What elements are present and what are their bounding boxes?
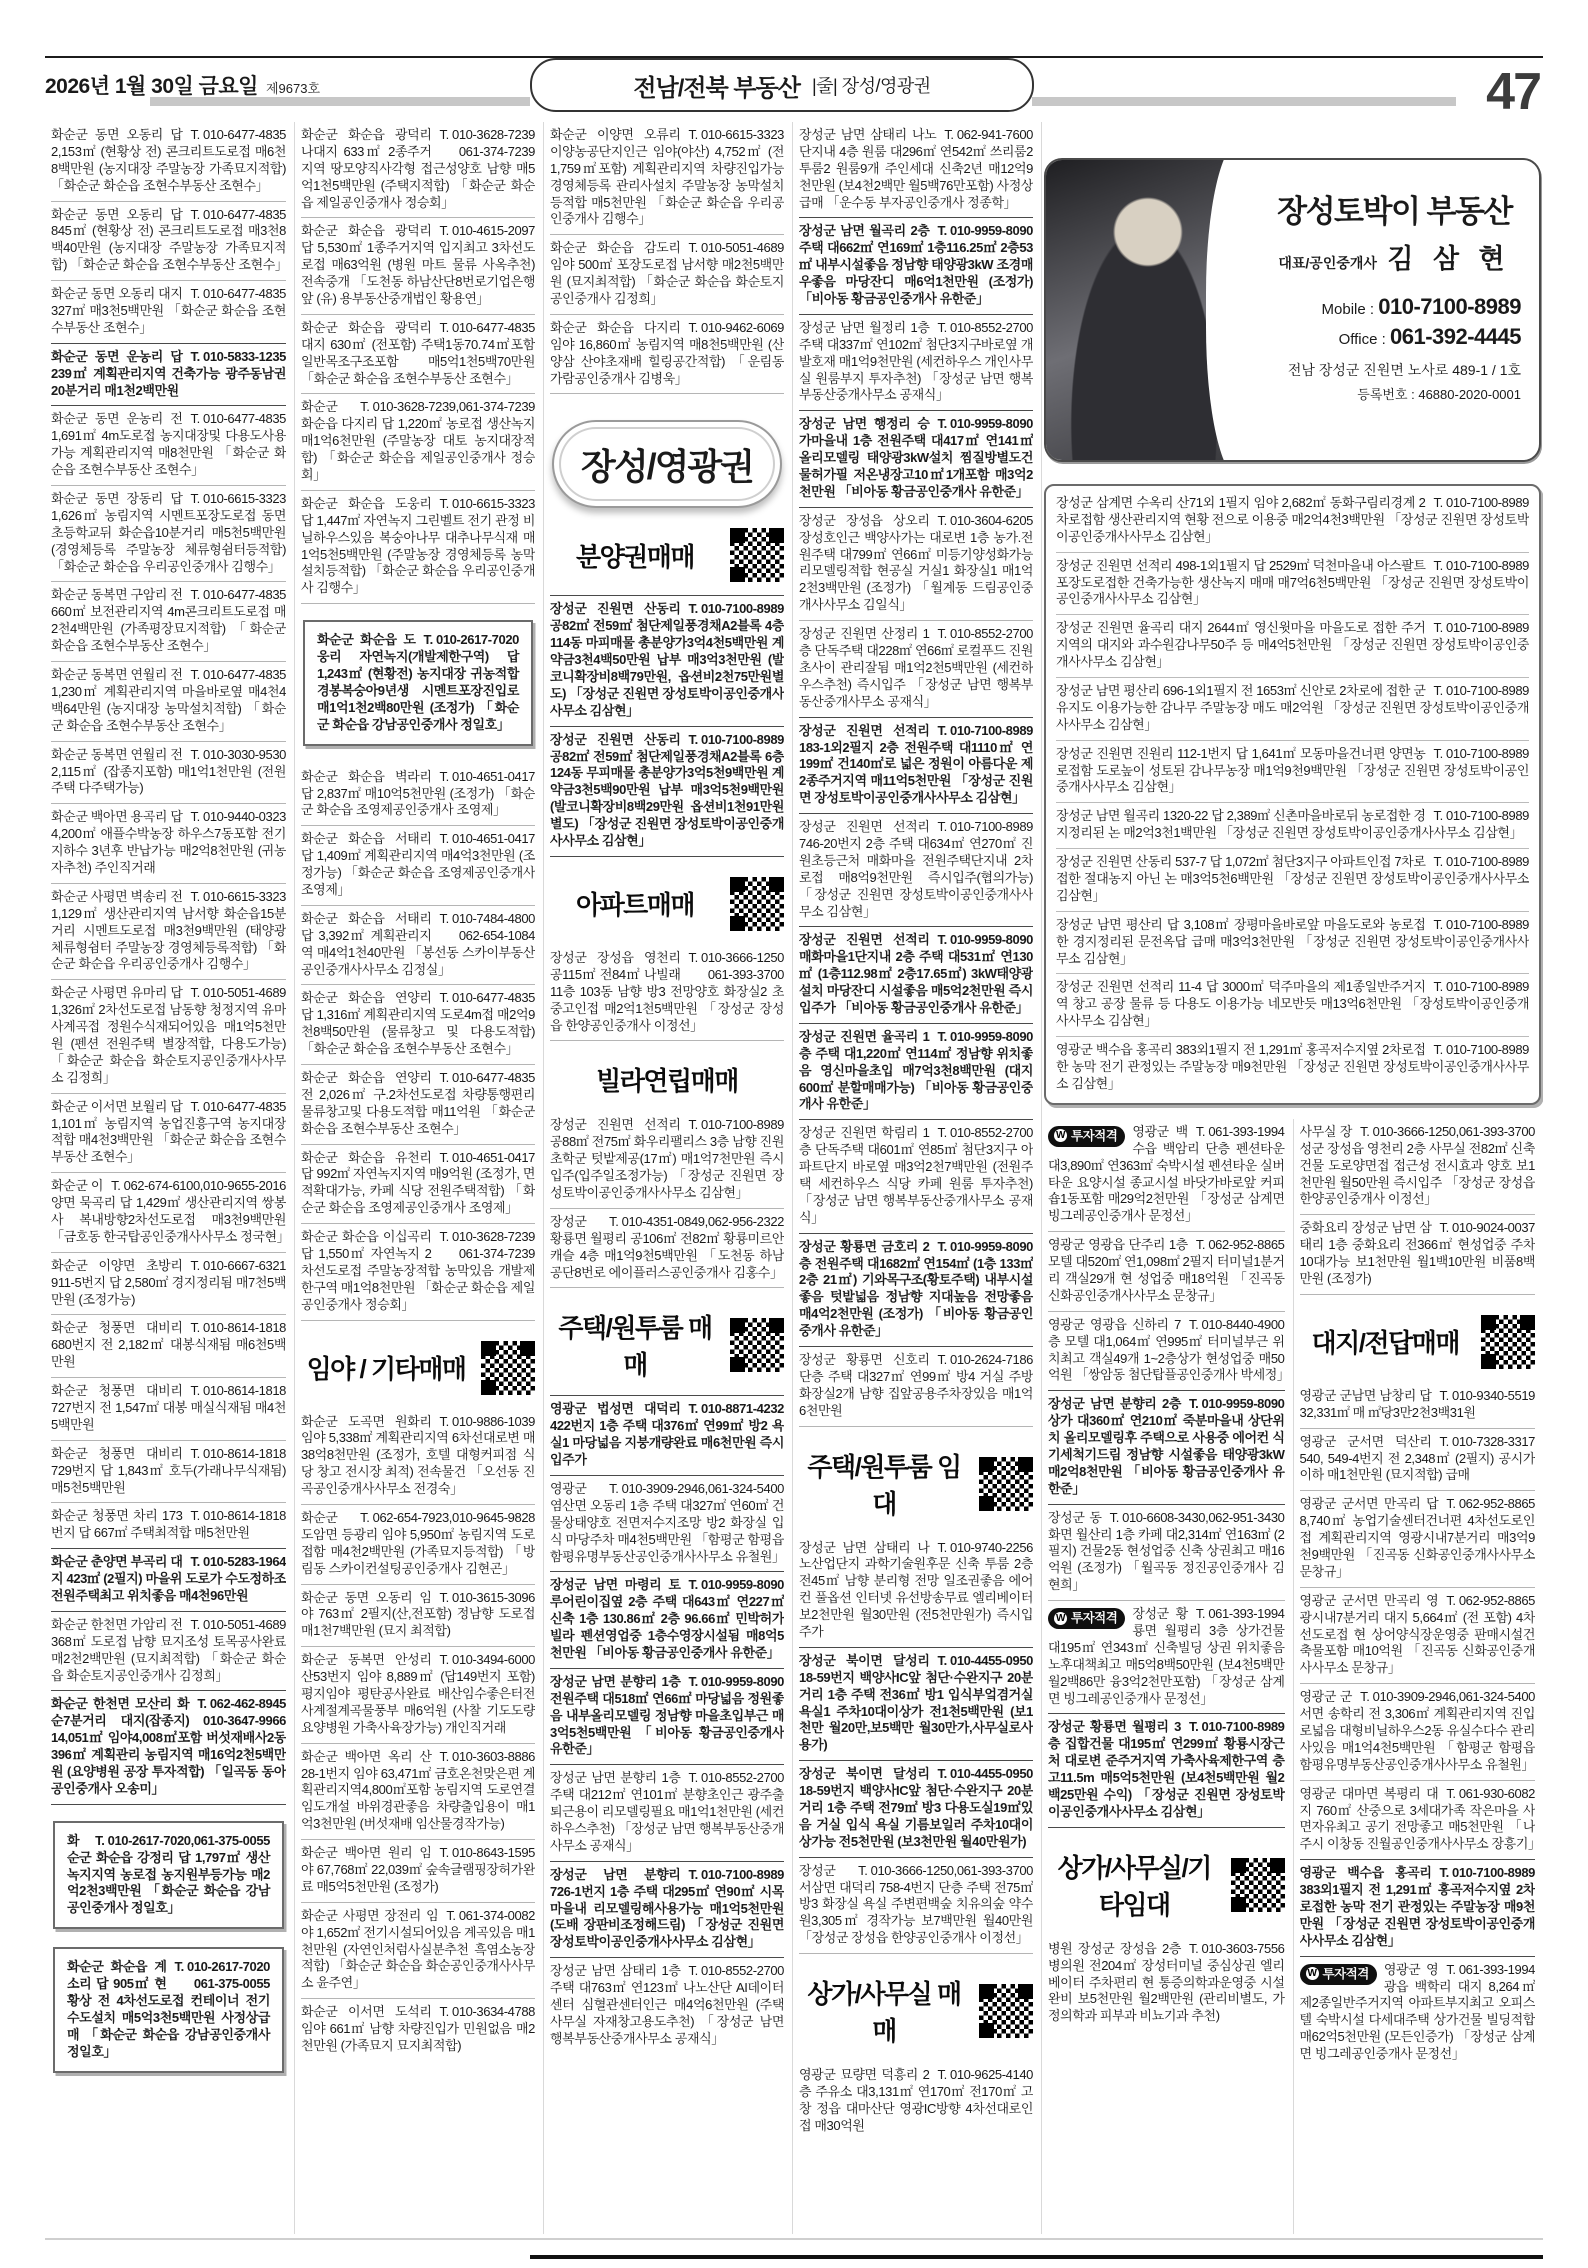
classified-ad: T. 010-9959-8090장성군 황룡면 금호리 2층 전원주택 대168… [799,1233,1033,1347]
classified-ad: T. 010-7100-8989장성군 진원면 선적리 공88㎡ 전75㎡ 화우… [550,1112,784,1208]
classified-ad: T. 010-3628-7239 061-374-7239화순군 화순읍 광덕리… [301,122,535,218]
classified-ad: T. 061-374-0082화순군 사평면 장전리 임야 1,652㎡ 전기시… [301,1903,535,1999]
classified-ad: T. 010-8614-1818화순군 청풍면 대비리 680번지 전 2,18… [51,1315,286,1378]
classified-ad: T. 010-3615-3096화순군 동면 오동리 임야 763㎡ 2필지(산… [301,1585,535,1648]
ad-phone: T. 010-6477-4835 [182,411,286,428]
ad-phone: T. 010-8614-1818 [182,1508,286,1525]
classified-ad: T. 010-9024-0037중화요리 장성군 남면 삼태리 1층 중화요리 … [1300,1215,1536,1295]
classified-ad: T. 010-6477-4835화순군 화순읍 연양리 답 1,316㎡ 계획관… [301,985,535,1065]
ad-phone: T. 010-8614-1818 [182,1320,286,1337]
ad-phone: T. 010-7100-8989 [1425,746,1529,763]
header-rule-left [150,97,530,106]
ad-phone: T. 010-5833-1235 [182,349,286,366]
classified-ad: T. 010-8871-4232영광군 법성면 대덕리 422번지 1층 주택 … [550,1395,784,1476]
classified-ad: T. 010-7100-8989장성군 진원면 선적리 11-4 답 3000㎡… [1056,974,1529,1037]
ad-phone: T. 010-4455-0950 [929,1653,1033,1670]
classified-ad: T. 010-4651-0417화순군 화순읍 유천리 답 992㎡ 자연녹지지… [301,1145,535,1225]
column-3: T. 010-6615-3323화순군 이양면 오류리 이양농공단지인근 임야(… [543,122,792,2234]
classified-ad: W투자적격T. 061-393-1994영광군 백수읍 백암리 단층 펜션타운 … [1048,1119,1285,1232]
classified-ad: T. 010-7484-4800 062-654-1084화순군 화순읍 서태리… [301,906,535,986]
ad-phone: T. 010-9959-8090 [929,1239,1033,1256]
ad-phone: T. 010-7484-4800 062-654-1084 [431,911,535,945]
classified-ad: T. 010-7100-8989장성군 진원면 산동리 537-7 답 1,07… [1056,849,1529,912]
ad-phone: T. 010-9886-1039 [431,1414,535,1431]
ad-phone: T. 010-3030-9530 [182,747,286,764]
classified-ad: T. 062-941-7600장성군 남면 삼태리 나노단지내 4층 원룸 대2… [799,122,1033,218]
paper-section-sub: |줄| 장성/영광권 [812,72,931,98]
ad-phone: T. 010-7100-8989 [680,732,784,749]
section-title: 아파트매매 [550,885,720,922]
ad-phone: T. 010-6477-4835 [182,127,286,144]
mobile-label: Mobile : [1322,301,1375,318]
section-title: 상가/사무실 매매 [799,1974,969,2048]
ad-phone: T. 010-2617-7020,061-375-0055 [87,1833,270,1850]
ad-phone: T. 062-941-7600 [936,127,1033,144]
ad-phone: T. 010-3494-6000 [431,1652,535,1669]
classified-ad: T. 010-9959-8090장성군 남면 분향리 1층 전원주택 대518㎡… [550,1668,784,1765]
section-header: 빌라연립매매 [550,1061,784,1098]
classified-ad: T. 010-9462-6069화순군 화순읍 다지리 임야 16,860㎡ 농… [550,315,784,395]
ad-phone: T. 010-6477-4835 [182,587,286,604]
classified-ad: T. 010-9959-8090장성군 남면 마령리 토루어린이집옆 2층 주택… [550,1571,784,1668]
agency-card-info: 장성토박이 부동산 대표/공인중개사 김 삼 현 Mobile : 010-71… [1242,160,1539,460]
ad-phone: T. 010-9462-6069 [680,320,784,337]
ad-phone: T. 010-9740-2256 [929,1540,1033,1557]
classified-ad: T. 010-9340-5519영광군 군남면 남창리 답 32,331㎡ 매 … [1300,1383,1536,1429]
ad-phone: T. 010-6477-4835 [182,207,286,224]
classified-ad: T. 010-9959-8090장성군 남면 행정리 승가마을내 1층 전원주택… [799,410,1033,507]
ad-phone: T. 010-9340-5519 [1431,1388,1535,1405]
classifieds-body: T. 010-6477-4835화순군 동면 오동리 답 2,153㎡ (현황상… [45,122,1543,2234]
ad-phone: T. 010-7100-8989 [1425,683,1529,700]
investment-grade-badge: W투자적격 [1300,1964,1377,1985]
classified-ad: T. 010-8643-1595화순군 백아면 원리 임야 67,768㎡ 22… [301,1840,535,1903]
classified-ad: T. 010-3666-1250,061-393-3700사무실 장성군 장성읍… [1300,1119,1536,1215]
classified-ad: T. 010-3909-2946,061-324-5400영광군 군서면 송학리… [1300,1684,1536,1780]
classified-ad: T. 010-9740-2256장성군 남면 삼태리 나노산업단지 과학기술원후… [799,1535,1033,1648]
classified-ad: T. 010-9886-1039화순군 도곡면 원화리 임야 5,338㎡ 계획… [301,1409,535,1505]
ad-phone: T. 010-4651-0417 [431,831,535,848]
ad-phone: T. 010-6615-3323 [182,491,286,508]
classified-ad: T. 010-3604-6205장성군 장성읍 상오리 장성호인근 백양사가는 … [799,508,1033,621]
agency-registration: 등록번호 : 46880-2020-0001 [1357,384,1521,403]
classified-ad: T. 010-5051-4689화순군 사평면 유마리 답 1,326㎡ 2차선… [51,980,286,1093]
ad-phone: T. 010-3615-3096 [431,1590,535,1607]
classified-ad: T. 010-2617-7020,061-375-0055화순군 화순읍 강정리… [53,1821,284,1929]
investment-grade-badge: W투자적격 [1048,1126,1125,1147]
agency-address: 전남 장성군 진원면 노사로 489-1 / 1호 [1288,360,1521,380]
ad-phone: T. 010-7100-8989 [1425,495,1529,512]
mobile-number: 010-7100-8989 [1378,294,1521,319]
header-rule-right [1032,97,1456,106]
masthead: 2026년 1월 30일 금요일 제9673호 [45,70,320,100]
ad-phone: T. 010-3628-7239 061-374-7239 [431,127,535,161]
classified-ad: T. 010-6477-4835화순군 동면 오동리 답 845㎡ (현황상 전… [51,202,286,282]
ad-phone: T. 010-7100-8989 [1425,917,1529,934]
ad-phone: T. 010-7100-8989 [1425,979,1529,996]
classified-ad: T. 010-6477-4835화순군 동면 오동리 대지 327㎡ 매3천5백… [51,281,286,344]
ad-phone: T. 010-9959-8090 [680,1674,784,1691]
ad-phone: T. 010-6477-4835 [431,990,535,1007]
ad-phone: T. 010-3603-8886 [431,1749,535,1766]
section-header: 임야 / 기타매매 [301,1341,535,1395]
region-banner-label: 장성/영광권 [581,439,753,490]
mobile-line: Mobile : 010-7100-8989 [1322,294,1521,320]
qr-code [1231,1858,1285,1912]
ad-phone: T. 061-374-0082 [438,1908,535,1925]
classified-ad: T. 010-7100-8989장성군 진원면 산동리 공82㎡ 전59㎡ 첨단… [550,595,784,726]
ad-phone: T. 062-952-8865 [1438,1593,1535,1610]
classified-ad: T. 010-6477-4835화순군 동면 운농리 전 1,691㎡ 4m도로… [51,406,286,486]
classified-ad: T. 062-952-8865영광군 군서면 만곡리 답 8,740㎡ 농업기술… [1300,1491,1536,1587]
classified-ad: T. 010-4615-2097화순군 화순읍 광덕리 답 5,530㎡ 1종주… [301,218,535,314]
ad-phone: T. 062-462-8945 010-3647-9966 [189,1696,286,1730]
ad-phone: T. 061-393-1994 [1188,1124,1285,1141]
classified-ad: T. 010-6608-3430,062-951-3430장성군 동화면 월산리… [1048,1505,1285,1601]
ad-phone: T. 010-9959-8090 [929,932,1033,949]
ad-phone: T. 010-3909-2946,061-324-5400 [1352,1689,1535,1706]
ad-phone: T. 010-2617-7020 [415,632,519,649]
section-title: 주택/원투룸 매매 [550,1308,720,1382]
investment-grade-badge: W투자적격 [1048,1608,1125,1629]
agency-name: 장성토박이 부동산 [1277,186,1512,231]
ad-phone: T. 010-7100-8989 [1425,854,1529,871]
ad-phone: T. 010-6608-3430,062-951-3430 [1102,1510,1285,1527]
section-title: 빌라연립매매 [550,1061,784,1098]
section-header: 상가/사무실 매매 [799,1974,1033,2048]
ad-phone: T. 010-6615-3323 [182,889,286,906]
classified-ad: T. 062-952-8865영광군 군서면 만곡리 영광시내7분거리 대지 5… [1300,1588,1536,1684]
section-header: 주택/원투룸 매매 [550,1308,784,1382]
ad-phone: T. 061-393-1994 [1188,1606,1285,1623]
rep-name: 김 삼 현 [1387,244,1510,274]
classified-ad: T. 010-4651-0417화순군 화순읍 서태리 답 1,409㎡ 계획관… [301,826,535,906]
badge-logo-icon: W [1306,1967,1319,1980]
classified-ad: T. 010-9625-4140영광군 묘량면 덕흥리 2층 주유소 대3,13… [799,2062,1033,2141]
ad-phone: T. 010-4615-2097 [431,223,535,240]
classified-ad: T. 010-7100-8989장성군 진원면 율곡리 대지 2644㎡ 영신윗… [1056,615,1529,678]
classified-ad: T. 010-7100-8989장성군 진원면 선적리 183-1외2필지 2층… [799,717,1033,814]
ad-phone: T. 010-4351-0849,062-956-2322 [601,1214,784,1231]
ad-phone: T. 010-8643-1595 [431,1845,535,1862]
agency-card-ad: 장성토박이 부동산 대표/공인중개사 김 삼 현 Mobile : 010-71… [1044,158,1541,462]
ad-phone: T. 010-8614-1818 [182,1383,286,1400]
classified-ad: T. 010-9959-8090장성군 남면 월곡리 2층 주택 대662㎡ 연… [799,217,1033,314]
ad-phone: T. 062-952-8865 [1188,1237,1285,1254]
classified-ad: T. 010-8614-1818화순군 청풍면 대비리 729번지 답 1,84… [51,1441,286,1504]
qr-code [979,1457,1033,1511]
classified-ad: T. 010-6477-4835화순군 화순읍 연양리 전 2,026㎡ 구.2… [301,1065,535,1145]
classified-ad: T. 010-8552-2700장성군 진원면 학림리 1층 단독주택 대601… [799,1120,1033,1233]
ad-phone: T. 010-8552-2700 [680,1770,784,1787]
ad-phone: T. 010-5051-4689 [680,240,784,257]
classified-ad: T. 010-6477-4835화순군 화순읍 광덕리 대지 630㎡ (전포함… [301,315,535,395]
classified-ad: T. 010-7100-8989장성군 진원면 산동리 공82㎡ 전59㎡ 첨단… [550,726,784,857]
classified-ad: T. 010-8440-4900영광군 영광읍 신하리 7층 모텔 대1,064… [1048,1312,1285,1392]
ad-phone: T. 010-6477-4835 [182,667,286,684]
ad-phone: T. 010-9024-0037 [1431,1220,1535,1237]
classified-ad: T. 010-5283-1964화순군 춘양면 부곡리 대지 423㎡ (2필지… [51,1548,286,1612]
classified-ad: T. 010-9959-8090장성군 진원면 율곡리 1층 주택 대1,220… [799,1023,1033,1120]
ad-phone: T. 062-674-6100,010-9655-2016 [103,1178,286,1195]
qr-code [1481,1315,1535,1369]
classified-ad: T. 062-674-6100,010-9655-2016화순군 이양면 묵곡리… [51,1173,286,1253]
ad-phone: T. 010-3666-1250 061-393-3700 [680,950,784,984]
column-4: T. 062-941-7600장성군 남면 삼태리 나노단지내 4층 원룸 대2… [792,122,1041,2234]
classified-ad: T. 010-2617-7020화순군 화순읍 도웅리 자연녹지(개발제한구역)… [303,620,533,745]
classified-ad: T. 010-9959-8090장성군 진원면 선적리 매화마을1단지내 2층 … [799,926,1033,1023]
ad-phone: T. 010-7100-8989 [680,601,784,618]
classified-ad: T. 010-7100-8989장성군 황룡면 월평리 3층 집합건물 대195… [1048,1713,1285,1827]
classified-ad: T. 010-4455-0950장성군 북이면 달성리 18-59번지 백양사I… [799,1760,1033,1857]
classified-ad: T. 010-6615-3323화순군 사평면 벽송리 전 1,129㎡ 생산관… [51,884,286,980]
classified-ad: T. 010-6667-6321화순군 이양면 초방리 911-5번지 답 2,… [51,1253,286,1316]
ad-phone: T. 010-6477-4835 [431,320,535,337]
ad-phone: T. 010-5051-4689 [182,1617,286,1634]
classified-ad: T. 010-6477-4835화순군 동면 오동리 답 2,153㎡ (현황상… [51,122,286,202]
region-banner: 장성/영광권 [552,420,782,508]
ad-phone: T. 010-5283-1964 [182,1554,286,1571]
ad-phone: T. 010-4651-0417 [431,1150,535,1167]
featured-ad-box: T. 010-7100-8989장성군 삼계면 수옥리 산71외 1필지 임야 … [1044,484,1541,1105]
section-header: 분양권매매 [550,528,784,582]
footer-rule-gray [45,2238,1543,2240]
classified-ad: T. 010-8614-1818화순군 청풍면 대비리 727번지 전 1,54… [51,1378,286,1441]
section-title: 분양권매매 [550,537,720,574]
agent-photo [1046,160,1242,460]
classified-ad: T. 010-2624-7186장성군 황룡면 신호리 단층 주택 대327㎡ … [799,1347,1033,1427]
rep-label: 대표/공인중개사 [1278,255,1377,271]
classified-ad: T. 010-6477-4835화순군 동복면 연월리 전 1,230㎡ 계획관… [51,662,286,742]
date: 2026년 1월 30일 금요일 [45,70,258,100]
section-title: 주택/원투룸 임대 [799,1447,969,1521]
ad-phone: T. 010-3666-1250,061-393-3700 [1352,1124,1535,1141]
ad-phone: T. 010-2624-7186 [929,1352,1033,1369]
ad-phone: T. 010-7100-8989 [929,819,1033,836]
classified-ad: T. 010-6477-4835화순군 이서면 보월리 답 1,101㎡ 농림지… [51,1094,286,1174]
ad-phone: T. 010-2617-7020 061-375-0055 [166,1959,270,1993]
right-columns: W투자적격T. 061-393-1994영광군 백수읍 백암리 단층 펜션타운 … [1042,1119,1543,2234]
classified-ad: T. 010-5051-4689화순군 한천면 가암리 전 368㎡ 도로접 남… [51,1612,286,1692]
section-header: 주택/원투룸 임대 [799,1447,1033,1521]
classified-ad: T. 010-3634-4788화순군 이서면 도석리 임야 661㎡ 남향 차… [301,1999,535,2061]
ad-phone: T. 010-7100-8989 [1425,558,1529,575]
classified-ad: T. 010-7100-8989영광군 백수읍 홍곡리 383외1필지 전 1,… [1300,1859,1536,1956]
qr-code [730,528,784,582]
ad-phone: T. 061-930-6082 [1438,1786,1535,1803]
classified-ad: T. 010-7328-3317영광군 군서면 덕산리 540, 549-4번지… [1300,1429,1536,1492]
paper-section-title: 전남/전북 부동산 [633,68,800,103]
ad-phone: T. 010-9625-4140 [929,2067,1033,2084]
classified-ad: T. 010-6615-3323화순군 이양면 오류리 이양농공단지인근 임야(… [550,122,784,235]
qr-code [730,877,784,931]
ad-phone: T. 010-8552-2700 [929,320,1033,337]
ad-phone: T. 010-7100-8989 [1431,1865,1535,1882]
classified-ad: T. 010-3909-2946,061-324-5400영광군 염산면 오동리… [550,1476,784,1572]
ad-phone: T. 010-7100-8989 [1425,808,1529,825]
ad-phone: T. 010-8871-4232 [680,1401,784,1418]
classified-ad: T. 010-3603-7556병원 장성군 장성읍 2층 병의원 전204㎡ … [1048,1936,1285,2031]
classified-ad: T. 062-952-8865영광군 영광읍 단주리 1층 모텔 대520㎡ 연… [1048,1232,1285,1312]
classified-ad: T. 010-8552-2700장성군 남면 삼태리 1층 주택 대763㎡ 연… [550,1958,784,2053]
ad-phone: T. 010-6477-4835 [431,1070,535,1087]
classified-ad: T. 010-2617-7020 061-375-0055화순군 화순읍 계소리… [53,1947,284,2072]
ad-phone: T. 062-654-7923,010-9645-9828 [352,1510,535,1527]
ad-phone: T. 010-6667-6321 [182,1258,286,1275]
ad-phone: T. 010-9959-8090 [929,1029,1033,1046]
classified-ad: T. 010-8552-2700장성군 진원면 산정리 1층 단독주택 대228… [799,621,1033,717]
classified-ad: W투자적격T. 061-393-1994영광군 영광읍 백학리 대지 8,264… [1300,1957,1536,2069]
ad-phone: T. 010-6615-3323 [431,496,535,513]
classified-ad: T. 010-6477-4835화순군 동복면 구암리 전 660㎡ 보전관리지… [51,582,286,662]
ad-phone: T. 010-7100-8989 [680,1867,784,1884]
ad-phone: T. 010-3634-4788 [431,2004,535,2021]
classified-ad: T. 010-3666-1250,061-393-3700장성군 서삼면 대덕리… [799,1858,1033,1954]
ad-phone: T. 010-5051-4689 [182,985,286,1002]
office-number: 061-392-4445 [1390,324,1521,349]
section-title: 임야 / 기타매매 [301,1349,471,1386]
classified-ad: T. 010-9440-0323화순군 백아면 용곡리 답 4,200㎡ 애플수… [51,804,286,884]
ad-phone: T. 010-8552-2700 [929,1125,1033,1142]
classified-ad: W투자적격T. 061-393-1994장성군 황룡면 월평리 3층 상가건물 … [1048,1601,1285,1714]
ad-phone: T. 010-8552-2700 [680,1963,784,1980]
newspaper-page: 2026년 1월 30일 금요일 제9673호 전남/전북 부동산 |줄| 장성… [0,0,1588,2268]
ad-phone: T. 010-6615-3323 [680,127,784,144]
office-line: Office : 061-392-4445 [1339,324,1521,350]
classified-ad: T. 010-5833-1235화순군 동면 운농리 답 239㎡ 계획관리지역… [51,343,286,407]
issue-number: 제9673호 [266,78,320,97]
footer-rule-black [530,2255,1543,2259]
section-bubble: 전남/전북 부동산 |줄| 장성/영광권 [530,58,1034,112]
classified-ad: T. 010-4455-0950장성군 북이면 달성리 18-59번지 백양사I… [799,1647,1033,1761]
classified-ad: T. 010-3628-7239 061-374-7239화순군 화순읍 이십곡… [301,1224,535,1320]
ad-phone: T. 010-9959-8090 [1181,1396,1285,1413]
classified-ad: T. 010-4651-0417화순군 화순읍 벽라리 답 2,837㎡ 매10… [301,764,535,827]
classified-ad: T. 010-6615-3323화순군 동면 장동리 답 1,626㎡ 농림지역… [51,486,286,582]
classified-ad: T. 010-4351-0849,062-956-2322장성군 황룡면 월평리… [550,1209,784,1289]
classified-ad: T. 010-7100-8989장성군 진원면 선적리 746-20번지 2층 … [799,814,1033,927]
classified-ad: T. 010-3603-8886화순군 백아면 옥리 산28-1번지 임야 63… [301,1744,535,1840]
qr-code [979,1984,1033,2038]
section-header: 대지/전답매매 [1300,1315,1536,1369]
badge-logo-icon: W [1054,1129,1067,1142]
ad-phone: T. 010-9959-8090 [929,223,1033,240]
classified-ad: T. 010-7100-8989장성군 남면 평산리 답 3,108㎡ 장평마을… [1056,912,1529,975]
classified-ad: T. 010-8614-1818화순군 청풍면 차리 173번지 답 667㎡ … [51,1503,286,1549]
classified-ad: T. 010-7100-8989영광군 백수읍 홍곡리 383외1필지 전 1,… [1056,1037,1529,1099]
ad-phone: T. 010-7100-8989 [680,1117,784,1134]
ad-phone: T. 010-7328-3317 [1431,1434,1535,1451]
column-6: T. 010-3666-1250,061-393-3700사무실 장성군 장성읍… [1293,1119,1544,2234]
classified-ad: T. 062-654-7923,010-9645-9828화순군 도암면 등광리… [301,1505,535,1585]
qr-code [481,1341,535,1395]
ad-text: 장성군 진원면 산동리 공82㎡ 전59㎡ 첨단제일풍경채A2블록 4층 114… [550,601,784,717]
section-title: 상가/사무실/기타임대 [1048,1848,1221,1922]
ad-phone: T. 010-9959-8090 [929,416,1033,433]
ad-phone: T. 010-3628-7239 061-374-7239 [431,1229,535,1263]
agency-rep: 대표/공인중개사 김 삼 현 [1278,237,1510,276]
classified-ad: T. 010-3628-7239,061-374-7239화순군 화순읍 다지리… [301,394,535,490]
ad-phone: T. 062-952-8865 [1438,1496,1535,1513]
section-title: 대지/전답매매 [1300,1323,1472,1360]
classified-ad: T. 010-3494-6000화순군 동복면 안성리 산53번지 임야 8,8… [301,1647,535,1743]
page-number: 47 [1486,62,1540,122]
ad-phone: T. 010-8552-2700 [929,626,1033,643]
classified-ad: T. 010-7100-8989장성군 삼계면 수옥리 산71외 1필지 임야 … [1056,490,1529,553]
office-label: Office : [1339,331,1386,348]
ad-phone: T. 010-7100-8989 [1181,1719,1285,1736]
classified-ad: T. 010-5051-4689화순군 화순읍 감도리 임야 500㎡ 포장도로… [550,235,784,315]
classified-ad: T. 010-8552-2700장성군 남면 월정리 1층 주택 대337㎡ 연… [799,315,1033,411]
classified-ad: T. 010-7100-8989장성군 남면 월곡리 1320-22 답 2,3… [1056,803,1529,849]
ad-phone: T. 010-3666-1250,061-393-3700 [850,1863,1033,1880]
ad-phone: T. 010-6477-4835 [182,1099,286,1116]
classified-ad: T. 010-3666-1250 061-393-3700장성군 장성읍 영천리… [550,945,784,1041]
classified-ad: T. 010-7100-8989장성군 남면 평산리 696-1외1필지 전 1… [1056,678,1529,741]
classified-ad: T. 010-3030-9530화순군 동복면 연월리 전 2,115㎡ (잡종… [51,742,286,805]
ad-text: 장성군 진원면 산동리 공82㎡ 전59㎡ 첨단제일풍경채A2블록 6층 124… [550,732,784,848]
ad-phone: T. 010-8440-4900 [1181,1317,1285,1334]
ad-phone: T. 010-3909-2946,061-324-5400 [601,1481,784,1498]
ad-phone: T. 010-4651-0417 [431,769,535,786]
column-1: T. 010-6477-4835화순군 동면 오동리 답 2,153㎡ (현황상… [45,122,294,2234]
ad-phone: T. 010-7100-8989 [929,723,1033,740]
ad-phone: T. 010-9959-8090 [680,1577,784,1594]
badge-logo-icon: W [1054,1612,1067,1625]
ad-phone: T. 010-3604-6205 [929,513,1033,530]
classified-ad: T. 062-462-8945 010-3647-9966화순군 한천면 모산리… [51,1690,286,1804]
classified-ad: T. 010-7100-8989장성군 진원면 진원리 112-1번지 답 1,… [1056,741,1529,804]
classified-ad: T. 061-930-6082영광군 대마면 복평리 대지 760㎡ 산중으로 … [1300,1781,1536,1861]
section-header: 아파트매매 [550,877,784,931]
classified-ad: T. 010-7100-8989장성군 남면 분향리 726-1번지 1층 주택… [550,1861,784,1958]
ad-phone: T. 010-9440-0323 [182,809,286,826]
classified-ad: T. 010-7100-8989장성군 진원면 선적리 498-1외1필지 답 … [1056,553,1529,616]
ad-phone: T. 010-4455-0950 [929,1766,1033,1783]
classified-ad: T. 010-6615-3323화순군 화순읍 도웅리 답 1,447㎡ 자연녹… [301,491,535,604]
ad-phone: T. 010-6477-4835 [182,286,286,303]
ad-phone: T. 010-3603-7556 [1181,1941,1285,1958]
right-region: 장성토박이 부동산 대표/공인중개사 김 삼 현 Mobile : 010-71… [1041,122,1543,2234]
ad-phone: T. 010-7100-8989 [1425,1042,1529,1059]
ad-phone: T. 061-393-1994 [1438,1962,1535,1979]
classified-ad: T. 010-8552-2700장성군 남면 분향리 1층 주택 대212㎡ 연… [550,1765,784,1861]
column-5: W투자적격T. 061-393-1994영광군 백수읍 백암리 단층 펜션타운 … [1042,1119,1293,2234]
classified-ad: T. 010-9959-8090장성군 남면 분향리 2층 상가 대360㎡ 연… [1048,1390,1285,1504]
ad-phone: T. 010-8614-1818 [182,1446,286,1463]
section-header: 상가/사무실/기타임대 [1048,1848,1285,1922]
ad-phone: T. 010-3628-7239,061-374-7239 [352,399,535,416]
ad-phone: T. 010-7100-8989 [1425,620,1529,637]
column-2: T. 010-3628-7239 061-374-7239화순군 화순읍 광덕리… [294,122,543,2234]
qr-code [730,1318,784,1372]
